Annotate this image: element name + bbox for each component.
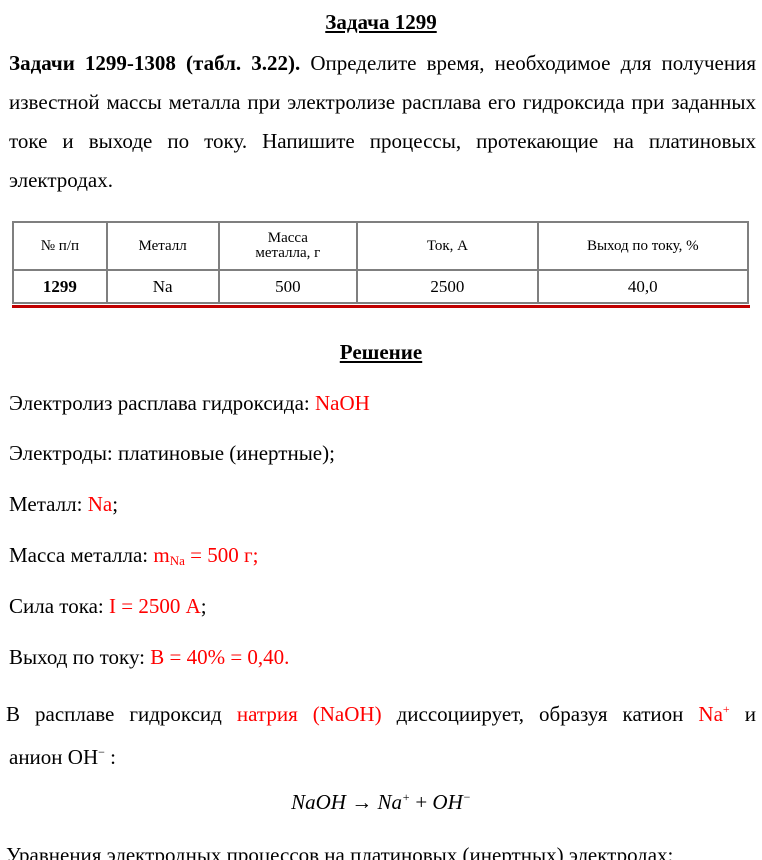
cell-number: 1299 (13, 270, 107, 303)
cell-metal: Na (107, 270, 219, 303)
yield-line: Выход по току: В = 40% = 0,40. (9, 645, 289, 670)
dissociation-text-cont: анион OH− : (9, 731, 116, 779)
header-current: Ток, А (357, 222, 537, 270)
header-metal: Металл (107, 222, 219, 270)
dissociation-text: В расплаве гидроксид натрия (NaOH) диссо… (6, 688, 756, 736)
solution-title: Решение (0, 340, 762, 365)
problem-title: Задача 1299 (0, 10, 762, 35)
arrow-icon: → (351, 790, 372, 814)
problem-statement: Задачи 1299-1308 (табл. 3.22). Определит… (9, 44, 756, 200)
metal-line: Металл: Na; (9, 492, 118, 517)
cell-current: 2500 (357, 270, 537, 303)
header-yield: Выход по току, % (538, 222, 748, 270)
header-mass: Массаметалла, г (219, 222, 358, 270)
electrodes-line: Электроды: платиновые (инертные); (9, 441, 335, 466)
problem-range: Задачи 1299-1308 (табл. 3.22). (9, 51, 300, 75)
electrolysis-line: Электролиз расплава гидроксида: NaOH (9, 391, 370, 416)
table-header-row: № п/п Металл Массаметалла, г Ток, А Выхо… (13, 222, 748, 270)
electrode-equations-heading: Уравнения электродных процессов на плати… (6, 843, 673, 860)
data-table: № п/п Металл Массаметалла, г Ток, А Выхо… (12, 221, 749, 304)
table-row: 1299 Na 500 2500 40,0 (13, 270, 748, 303)
dissociation-equation: NaOH → Na+ + OH− (0, 790, 762, 815)
cell-yield: 40,0 (538, 270, 748, 303)
header-number: № п/п (13, 222, 107, 270)
current-line: Сила тока: I = 2500 А; (9, 594, 207, 619)
cell-mass: 500 (219, 270, 358, 303)
red-divider (12, 305, 750, 308)
mass-line: Масса металла: mNa = 500 г; (9, 543, 258, 569)
